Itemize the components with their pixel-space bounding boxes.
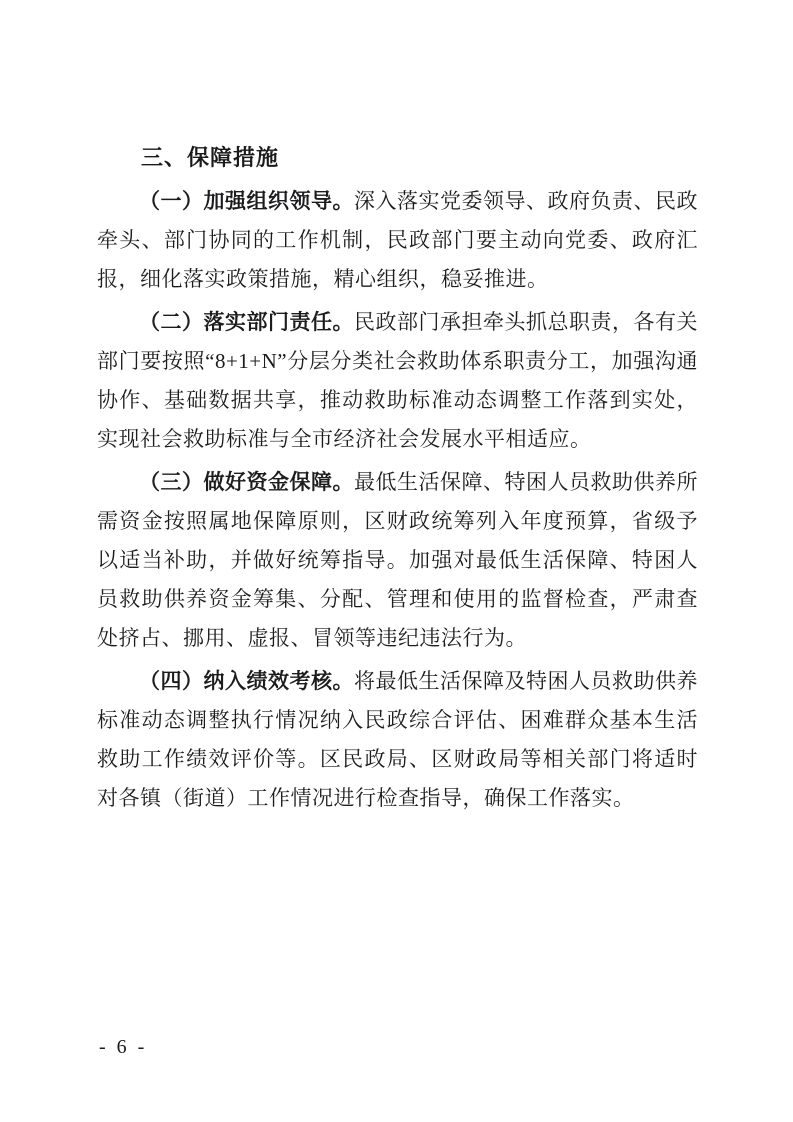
- paragraph-lead: （一）加强组织领导。: [139, 189, 354, 213]
- paragraph-lead: （二）落实部门责任。: [139, 310, 354, 334]
- paragraph-lead: （四）纳入绩效考核。: [139, 669, 354, 693]
- paragraph: （二）落实部门责任。民政部门承担牵头抓总职责，各有关部门要按照“8+1+N”分层…: [97, 303, 698, 459]
- paragraph-lead: （三）做好资金保障。: [139, 470, 354, 494]
- paragraph-body: 最低生活保障、特困人员救助供养所需资金按照属地保障原则，区财政统筹列入年度预算，…: [97, 470, 698, 650]
- paragraph: （四）纳入绩效考核。将最低生活保障及特困人员救助供养标准动态调整执行情况纳入民政…: [97, 662, 698, 818]
- paragraph: （三）做好资金保障。最低生活保障、特困人员救助供养所需资金按照属地保障原则，区财…: [97, 463, 698, 658]
- page-number: - 6 -: [99, 1036, 147, 1059]
- document-page: 三、保障措施 （一）加强组织领导。深入落实党委领导、政府负责、民政牵头、部门协同…: [0, 0, 793, 1122]
- paragraph: （一）加强组织领导。深入落实党委领导、政府负责、民政牵头、部门协同的工作机制，民…: [97, 182, 698, 299]
- document-body: 三、保障措施 （一）加强组织领导。深入落实党委领导、政府负责、民政牵头、部门协同…: [97, 142, 698, 822]
- section-heading: 三、保障措施: [97, 142, 698, 174]
